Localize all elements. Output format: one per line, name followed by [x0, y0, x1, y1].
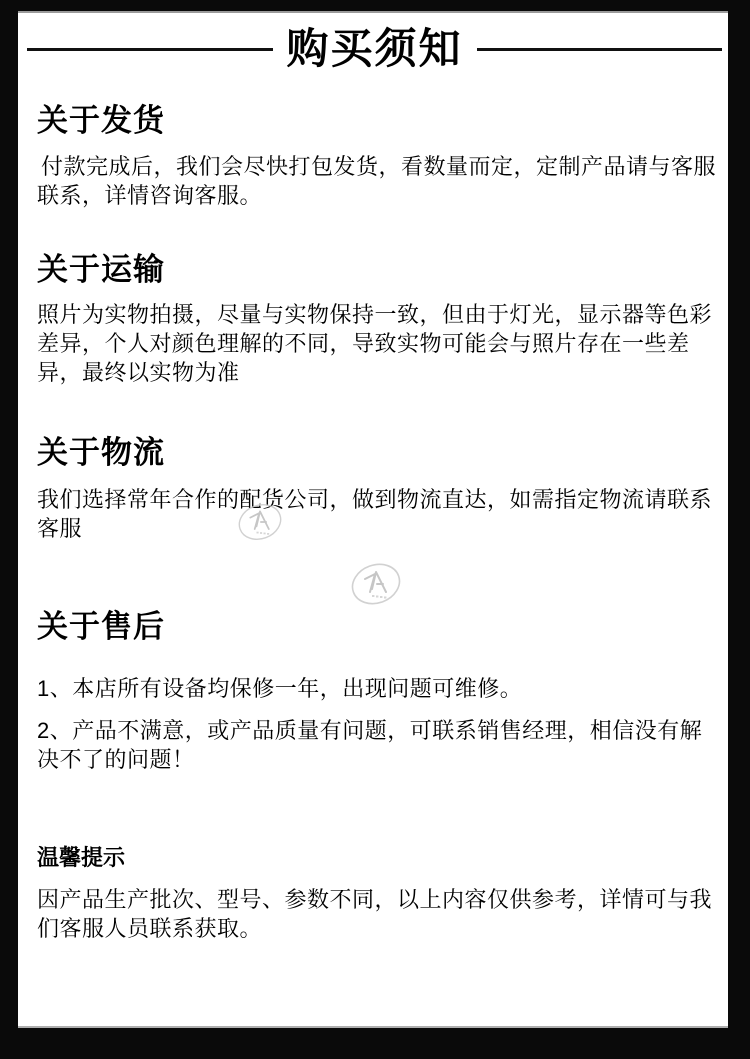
aftersales-item-quality: 2、产品不满意，或产品质量有问题，可联系销售经理，相信没有解决不了的问题！	[37, 716, 722, 774]
section-body-transport: 照片为实物拍摄，尽量与实物保持一致，但由于灯光，显示器等色彩差异，个人对颜色理解…	[37, 300, 722, 387]
warm-tips-body: 因产品生产批次、型号、参数不同，以上内容仅供参考，详情可与我们客服人员联系获取。	[37, 885, 722, 943]
section-heading-shipping: 关于发货	[37, 101, 722, 141]
aftersales-item-warranty: 1、本店所有设备均保修一年，出现问题可维修。	[37, 674, 722, 703]
warm-tips-heading: 温馨提示	[37, 844, 722, 873]
section-heading-logistics: 关于物流	[37, 433, 722, 473]
section-transport: 关于运输 照片为实物拍摄，尽量与实物保持一致，但由于灯光，显示器等色彩差异，个人…	[37, 250, 722, 387]
section-logistics: 关于物流 我们选择常年合作的配货公司，做到物流直达，如需指定物流请联系客服	[37, 433, 722, 543]
section-body-logistics: 我们选择常年合作的配货公司，做到物流直达，如需指定物流请联系客服	[37, 485, 722, 543]
warm-tips-footer: 温馨提示 因产品生产批次、型号、参数不同，以上内容仅供参考，详情可与我们客服人员…	[37, 844, 722, 944]
section-shipping: 关于发货 付款完成后，我们会尽快打包发货，看数量而定，定制产品请与客服联系，详情…	[37, 101, 722, 209]
page-title-row: 购买须知	[27, 25, 722, 73]
page-title: 购买须知	[287, 25, 463, 73]
black-border-frame: 购买须知 关于发货 付款完成后，我们会尽快打包发货，看数量而定，定制产品请与客服…	[0, 0, 750, 1059]
section-heading-aftersales: 关于售后	[37, 607, 722, 647]
title-rule-left	[27, 48, 273, 51]
section-body-shipping: 付款完成后，我们会尽快打包发货，看数量而定，定制产品请与客服联系，详情咨询客服。	[37, 152, 722, 210]
purchase-notice-card: 购买须知 关于发货 付款完成后，我们会尽快打包发货，看数量而定，定制产品请与客服…	[18, 11, 728, 1028]
section-aftersales: 关于售后 1、本店所有设备均保修一年，出现问题可维修。 2、产品不满意，或产品质…	[37, 607, 722, 773]
section-heading-transport: 关于运输	[37, 250, 722, 290]
title-rule-right	[477, 48, 723, 51]
